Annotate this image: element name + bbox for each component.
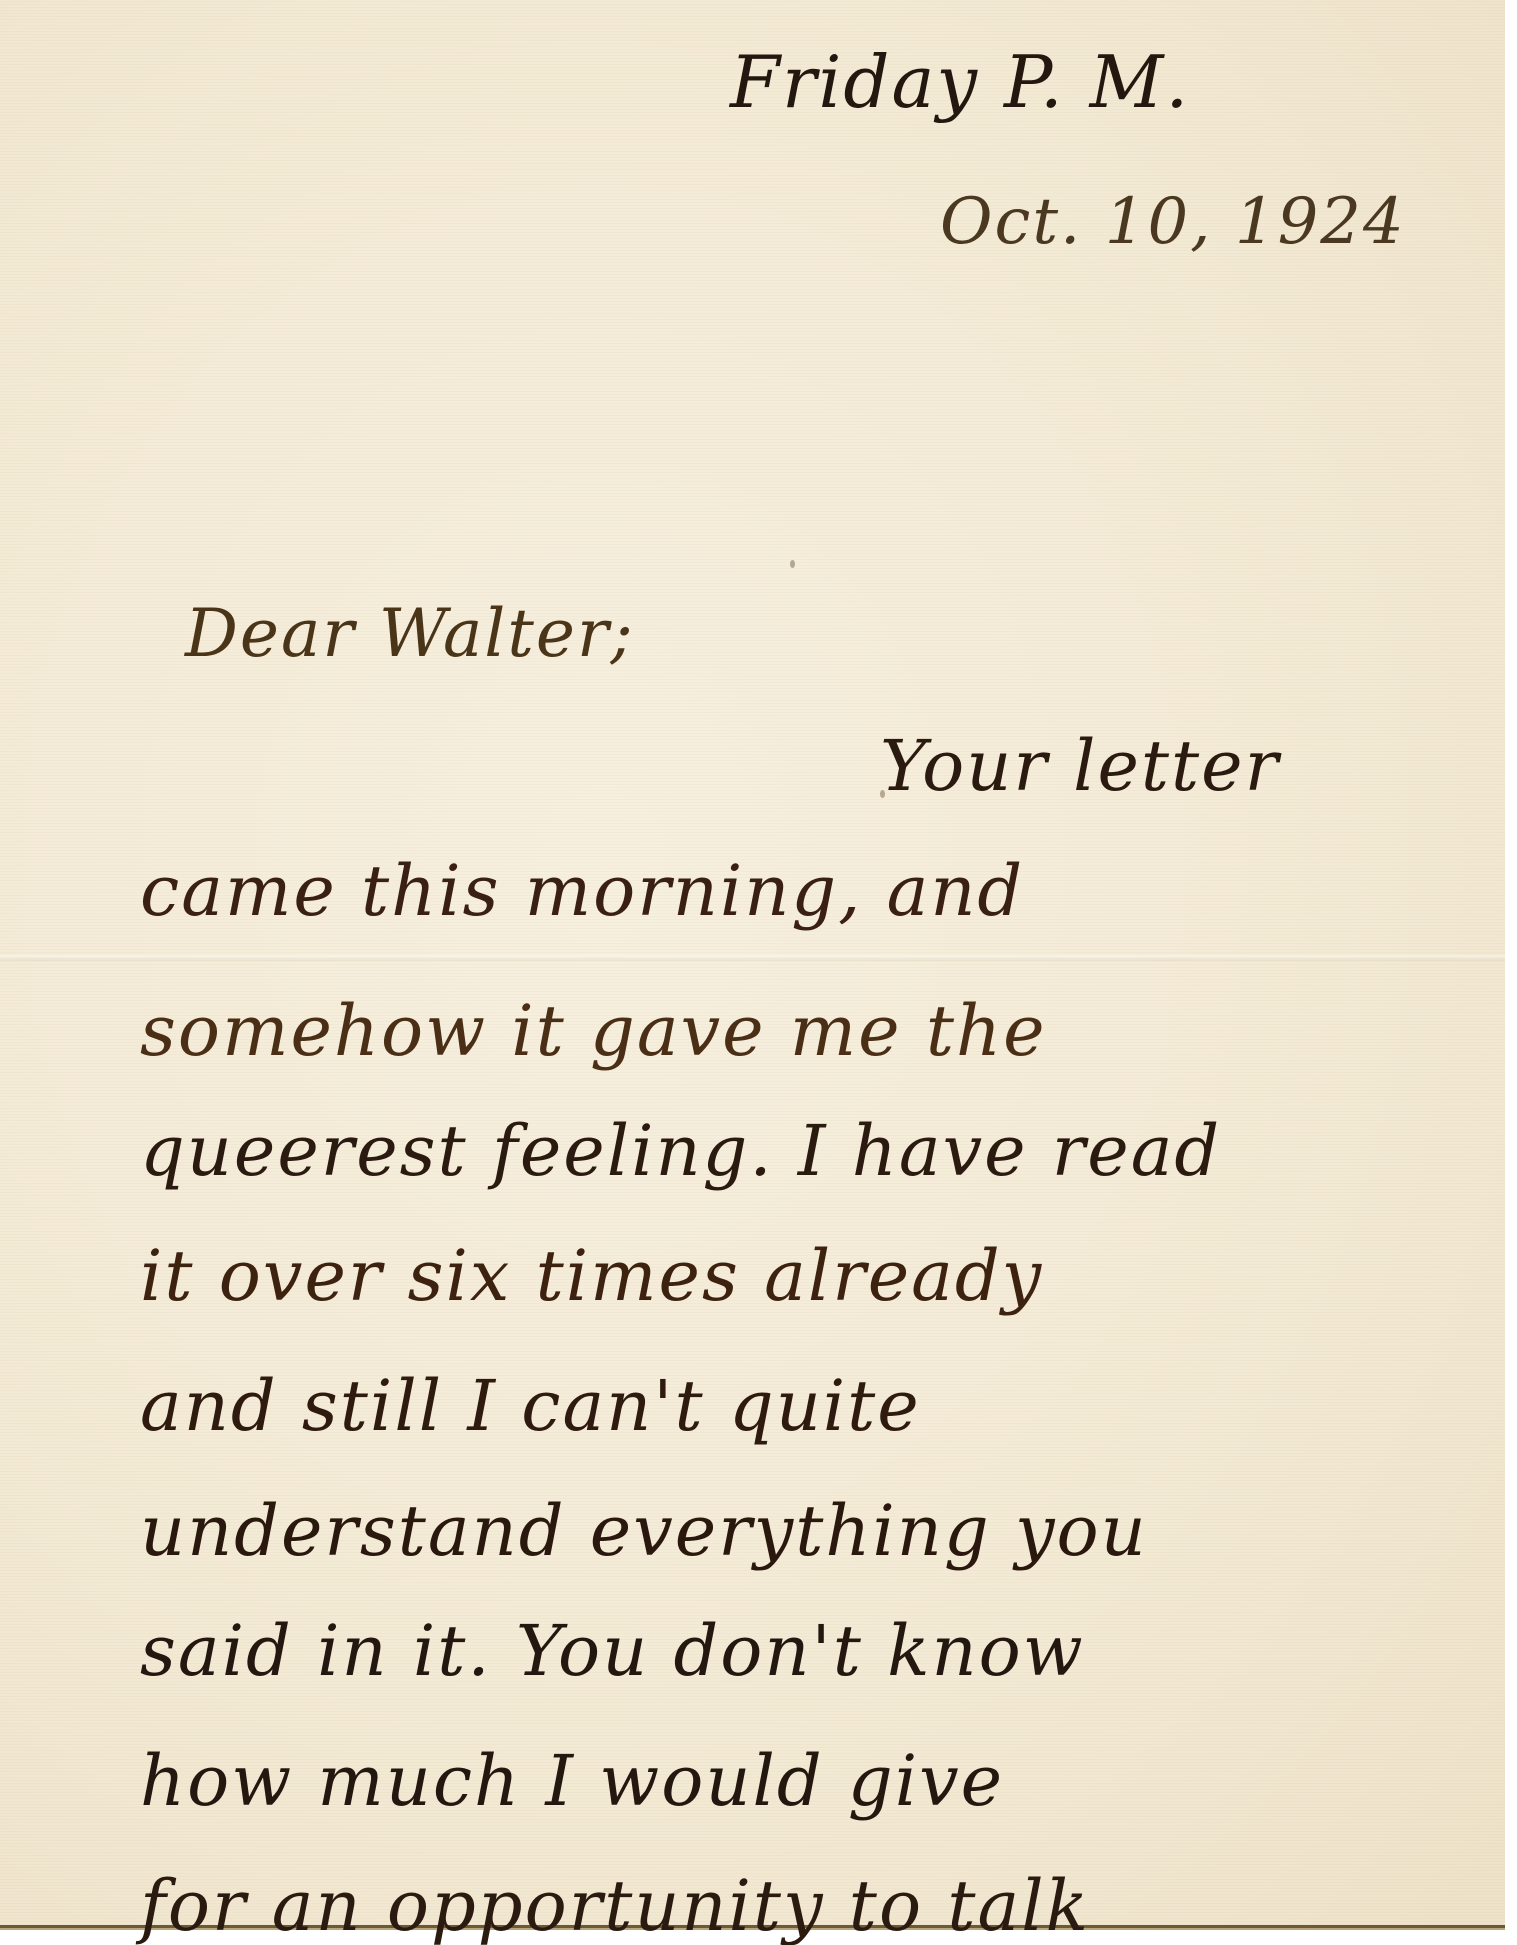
letter-line: somehow it gave me the	[140, 990, 1047, 1072]
letter-salutation: Dear Walter;	[185, 595, 635, 672]
letter-line: how much I would give	[140, 1740, 1004, 1822]
letter-line: said in it. You don't know	[140, 1610, 1085, 1692]
letter-line: came this morning, and	[140, 850, 1024, 932]
letter-line: queerest feeling. I have read	[140, 1110, 1221, 1192]
letter-line: Your letter	[880, 725, 1280, 807]
paper-fold-crease	[0, 955, 1505, 961]
letter-page: Friday P. M. Oct. 10, 1924 Dear Walter; …	[0, 0, 1505, 1928]
letter-line: for an opportunity to talk	[140, 1865, 1090, 1945]
letter-line: and still I can't quite	[140, 1365, 921, 1447]
letter-line: understand everything you	[140, 1490, 1148, 1572]
paper-blemish	[790, 560, 795, 568]
letter-date: Oct. 10, 1924	[940, 185, 1406, 259]
letter-line: it over six times already	[140, 1235, 1043, 1317]
letter-day: Friday P. M.	[730, 40, 1190, 124]
